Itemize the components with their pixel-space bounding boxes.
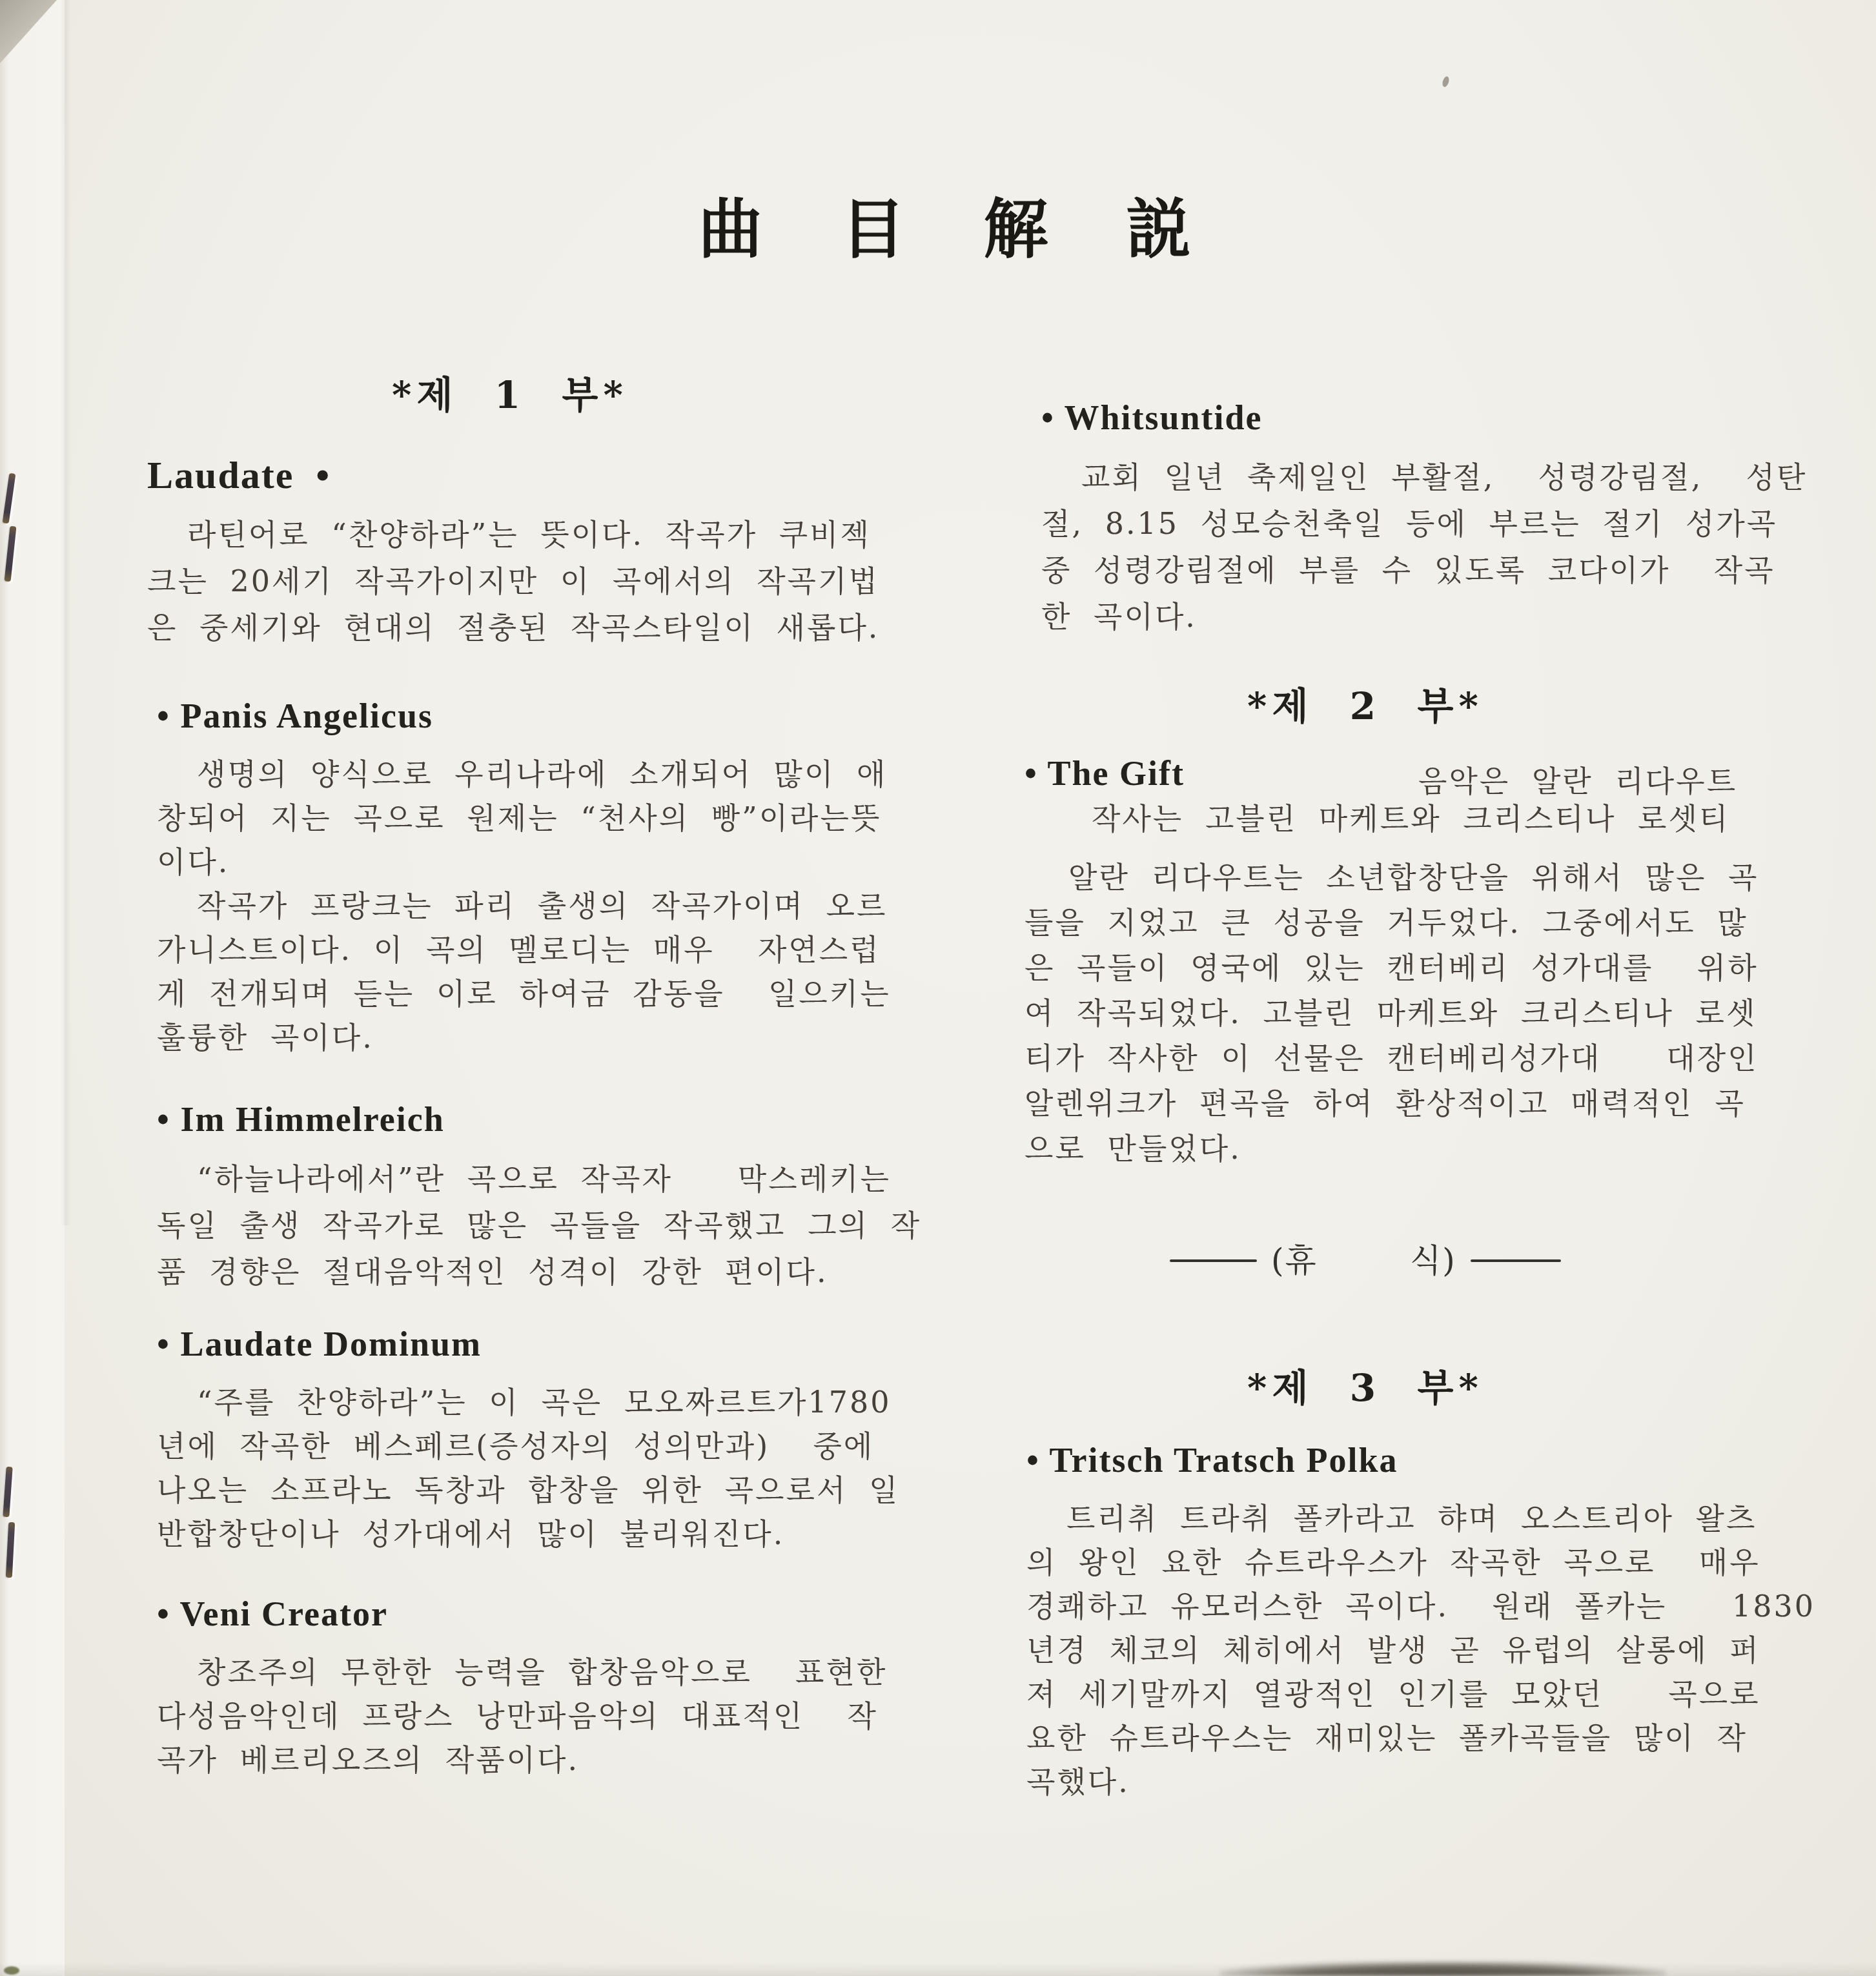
intermission-dash-right [1471, 1259, 1561, 1262]
section-tritsch-tratsch-polka: • Tritsch Tratsch Polka 트리취 트라취 폴카라고 햐며 … [1026, 1441, 1853, 1804]
text-line: 생명의 양식으로 우리나라에 소개되어 많이 애 [157, 752, 915, 796]
text-line: 나오는 소프라노 독창과 합창을 위한 곡으로서 일 [157, 1468, 915, 1512]
text-line: 여 작곡되었다. 고블린 마케트와 크리스티나 로셋 [1025, 990, 1851, 1035]
text-line: 트리취 트라취 폴카라고 햐며 오스트리아 왈츠 [1026, 1496, 1853, 1540]
section-im-himmelreich: • Im Himmelreich “하늘나라에서”란 곡으로 작곡자 막스레키는… [157, 1100, 915, 1295]
scan-speck [1442, 76, 1451, 88]
song-title-im-himmelreich: • Im Himmelreich [157, 1100, 915, 1139]
text-line: 알란 리다우트는 소년합창단을 위해서 많은 곡 [1025, 855, 1851, 900]
section-laudate: Laudate • 라틴어로 “찬양하라”는 뜻이다. 작곡가 쿠비젝 크는 2… [147, 456, 906, 651]
text-line: 게 전개되며 듣는 이로 하여금 감동을 일으키는 [157, 972, 915, 1015]
the-gift-heading-row: • The Gift 음악은 알란 리다우트 [1025, 754, 1851, 793]
text-line: 져 세기말까지 열광적인 인기를 모았던 곡으로 [1026, 1672, 1853, 1716]
text-line: 은 곡들이 영국에 있는 캔터베리 성가대를 위하 [1025, 945, 1851, 990]
text-line: 년경 체코의 체히에서 발생 곧 유럽의 살롱에 퍼 [1026, 1628, 1853, 1672]
section-the-gift: • The Gift 음악은 알란 리다우트 작사는 고블린 마케트와 크리스티… [1025, 754, 1851, 1171]
section-veni-creator: • Veni Creator 창조주의 무한한 능력을 합창음악으로 표현한 다… [157, 1594, 915, 1782]
part2-heading: *제 2 부* [1036, 686, 1695, 727]
text-line: 이다. [157, 840, 915, 884]
text-line: 작곡가 프랑크는 파리 출생의 작곡가이며 오르 [157, 884, 915, 928]
song-title-panis-angelicus: • Panis Angelicus [157, 697, 915, 735]
text-line: 교회 일년 축제일인 부활절, 성령강림절, 성탄 [1041, 454, 1848, 500]
song-title-laudate: Laudate • [147, 456, 906, 494]
text-line: “주를 찬양하라”는 이 곡은 모오짜르트가1780 [157, 1380, 915, 1424]
text-line: “하늘나라에서”란 곡으로 작곡자 막스레키는 [157, 1156, 915, 1202]
page-title: 曲 目 解 説 [194, 182, 1698, 279]
intermission-dash-left [1170, 1259, 1257, 1262]
text-line: 알렌위크가 편곡을 하여 환상적이고 매력적인 곡 [1025, 1081, 1851, 1126]
section-panis-angelicus: • Panis Angelicus 생명의 양식으로 우리나라에 소개되어 많이… [157, 697, 915, 1059]
part3-heading: *제 3 부* [1036, 1367, 1695, 1409]
song-title-tritsch-tratsch-polka: • Tritsch Tratsch Polka [1026, 1441, 1853, 1480]
page-left-edge [0, 0, 65, 1976]
intermission-label: (휴 식) [1271, 1243, 1456, 1279]
text-line: 의 왕인 요한 슈트라우스가 작곡한 곡으로 매우 [1026, 1540, 1853, 1584]
text-line: 중 성령강림절에 부를 수 있도록 코다이가 작곡 [1041, 547, 1848, 593]
song-title-laudate-dominum: • Laudate Dominum [157, 1325, 915, 1363]
text-line: 라틴어로 “찬양하라”는 뜻이다. 작곡가 쿠비젝 [147, 511, 906, 558]
text-line: 크는 20세기 작곡가이지만 이 곡에서의 작곡기법 [147, 558, 906, 604]
section-whitsuntide: • Whitsuntide 교회 일년 축제일인 부활절, 성령강림절, 성탄 … [1041, 398, 1848, 640]
text-line: 반합창단이나 성가대에서 많이 불리워진다. [157, 1512, 915, 1556]
text-line: 곡가 베르리오즈의 작품이다. [157, 1738, 915, 1782]
text-line: 년에 작곡한 베스페르(증성자의 성의만과) 중에 [157, 1424, 915, 1468]
song-title-whitsuntide: • Whitsuntide [1041, 398, 1848, 437]
song-title-veni-creator: • Veni Creator [157, 1594, 915, 1633]
text-line: 절, 8.15 성모승천축일 등에 부르는 절기 성가곡 [1041, 500, 1848, 547]
text-line: 한 곡이다. [1041, 593, 1848, 640]
text-line: 요한 슈트라우스는 재미있는 폴카곡들을 많이 작 [1026, 1716, 1853, 1760]
text-line: 다성음악인데 프랑스 낭만파음악의 대표적인 작 [157, 1694, 915, 1738]
text-line: 은 중세기와 현대의 절충된 작곡스타일이 새롭다. [147, 604, 906, 651]
text-line: 티가 작사한 이 선물은 캔터베리성가대 대장인 [1025, 1035, 1851, 1081]
text-line: 경쾌하고 유모러스한 곡이다. 원래 폴카는 1830 [1026, 1584, 1853, 1628]
text-line: 독일 출생 작곡가로 많은 곡들을 작곡했고 그의 작 [157, 1202, 915, 1248]
text-line: 창조주의 무한한 능력을 합창음악으로 표현한 [157, 1650, 915, 1694]
intermission-row: (휴 식) [1036, 1243, 1695, 1279]
text-line: 으로 만들었다. [1025, 1126, 1851, 1171]
bottom-edge-shadow [0, 1962, 1876, 1976]
text-line: 창되어 지는 곡으로 원제는 “천사의 빵”이라는뜻 [157, 796, 915, 840]
binding-crease [61, 0, 71, 1225]
part1-heading: *제 1 부* [161, 374, 859, 416]
text-line: 품 경향은 절대음악적인 성격이 강한 편이다. [157, 1248, 915, 1295]
text-line: 들을 지었고 큰 성공을 거두었다. 그중에서도 많 [1025, 900, 1851, 945]
the-gift-paragraph: 알란 리다우트는 소년합창단을 위해서 많은 곡 들을 지었고 큰 성공을 거두… [1025, 855, 1851, 1171]
text-line: 곡했다. [1026, 1760, 1853, 1804]
program-notes-page: 曲 目 解 説 *제 1 부* Laudate • 라틴어로 “찬양하라”는 뜻… [0, 0, 1876, 1976]
the-gift-music-credit: 음악은 알란 리다우트 [1418, 758, 1737, 800]
text-line: 훌륭한 곡이다. [157, 1015, 915, 1059]
section-laudate-dominum: • Laudate Dominum “주를 찬양하라”는 이 곡은 모오짜르트가… [157, 1325, 915, 1556]
the-gift-lyrics-credit: 작사는 고블린 마케트와 크리스티나 로셋티 [1025, 799, 1851, 838]
text-line: 가니스트이다. 이 곡의 멜로디는 매우 자연스럽 [157, 928, 915, 972]
